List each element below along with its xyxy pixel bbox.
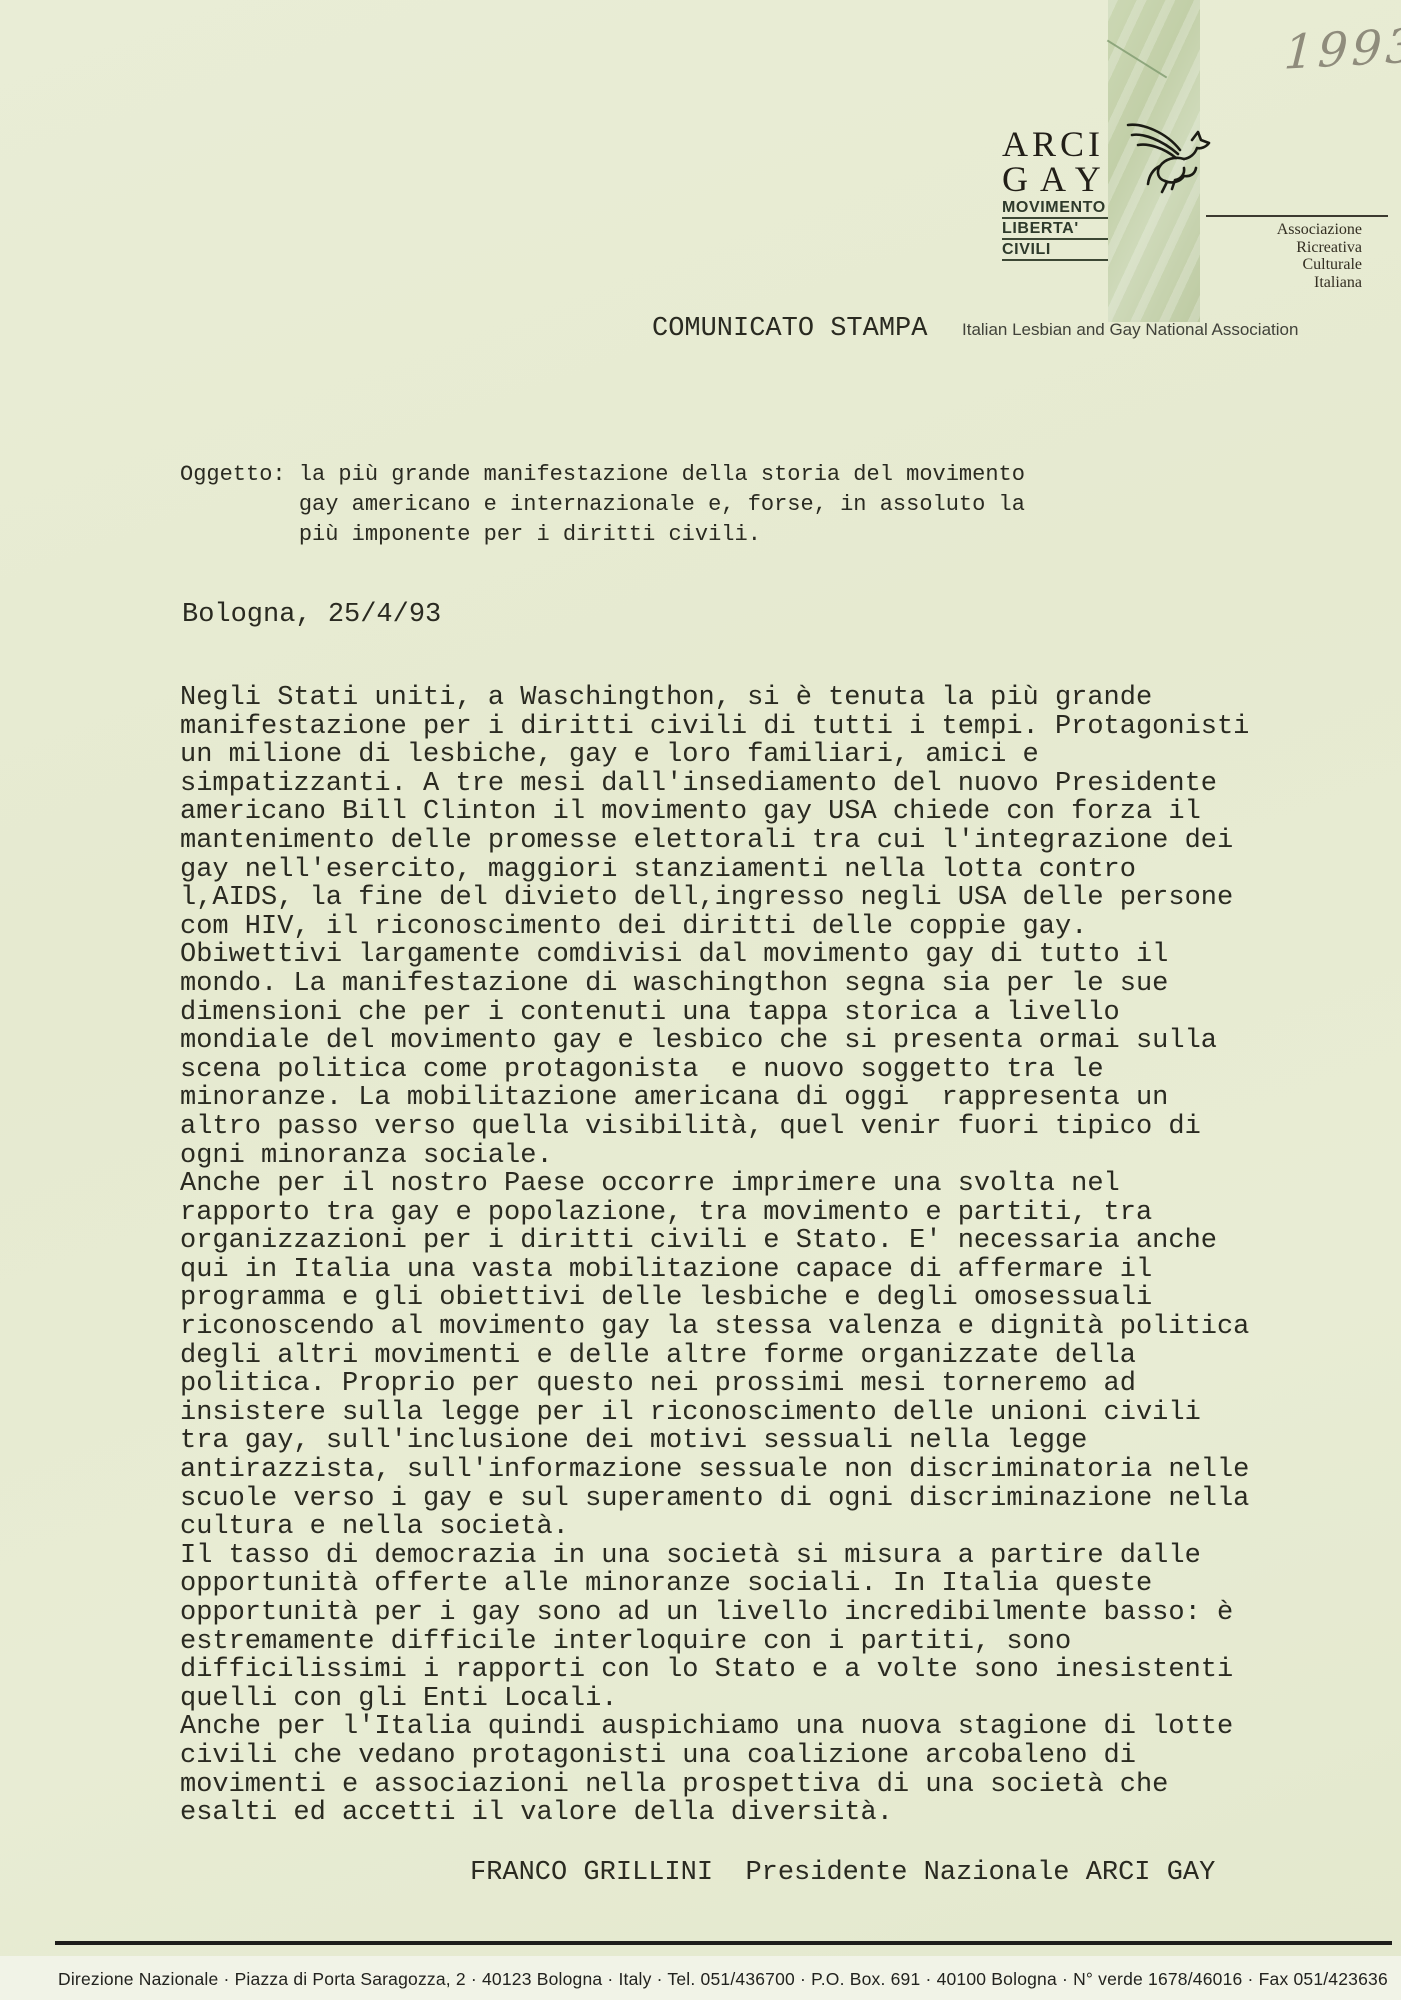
association-name-line: Associazione (1206, 221, 1362, 239)
body-line: Il tasso di democrazia in una società si… (180, 1542, 1249, 1571)
body-line: l,AIDS, la fine del divieto dell,ingress… (180, 884, 1249, 913)
body-line: gay nell'esercito, maggiori stanziamenti… (180, 856, 1249, 885)
logo-word-gay: GAY (1002, 161, 1113, 197)
body-line: Anche per l'Italia quindi auspichiamo un… (180, 1713, 1249, 1742)
subject-block: Oggetto: la più grande manifestazione de… (180, 460, 1025, 550)
body-line: Anche per il nostro Paese occorre imprim… (180, 1170, 1249, 1199)
body-line: scuole verso i gay e sul superamento di … (180, 1485, 1249, 1514)
association-name-block: AssociazioneRicreativaCulturaleItaliana (1206, 221, 1362, 291)
body-line: tra gay, sull'inclusione dei motivi sess… (180, 1427, 1249, 1456)
body-line: organizzazioni per i diritti civili e St… (180, 1227, 1249, 1256)
body-line: manifestazione per i diritti civili di t… (180, 713, 1249, 742)
association-name-line: Culturale (1206, 256, 1362, 274)
body-line: Obiwettivi largamente comdivisi dal movi… (180, 941, 1249, 970)
body-line: politica. Proprio per questo nei prossim… (180, 1370, 1249, 1399)
subject-line: Oggetto: la più grande manifestazione de… (180, 460, 1025, 490)
body-line: minoranze. La mobilitazione americana di… (180, 1084, 1249, 1113)
body-line: programma e gli obiettivi delle lesbiche… (180, 1284, 1249, 1313)
body-line: opportunità offerte alle minoranze socia… (180, 1570, 1249, 1599)
body-line: altro passo verso quella visibilità, que… (180, 1113, 1249, 1142)
body-line: degli altri movimenti e delle altre form… (180, 1342, 1249, 1371)
association-divider-rule (1206, 215, 1388, 217)
signature-line: FRANCO GRILLINI Presidente Nazionale ARC… (470, 1858, 1215, 1888)
body-line: cultura e nella società. (180, 1513, 1249, 1542)
body-line: riconoscendo al movimento gay la stessa … (180, 1313, 1249, 1342)
band-scratch-mark (1107, 40, 1167, 79)
subject-line: più imponente per i diritti civili. (180, 520, 1025, 550)
press-release-title: COMUNICATO STAMPA (652, 314, 927, 344)
association-subtitle-english: Italian Lesbian and Gay National Associa… (962, 320, 1298, 340)
body-line: mondiale del movimento gay e lesbico che… (180, 1027, 1249, 1056)
body-line: simpatizzanti. A tre mesi dall'insediame… (180, 770, 1249, 799)
pegasus-icon (1096, 116, 1226, 208)
logo-motto-line: CIVILI (1002, 240, 1108, 261)
body-line: scena politica come protagonista e nuovo… (180, 1056, 1249, 1085)
body-line: com HIV, il riconoscimento dei diritti d… (180, 913, 1249, 942)
footer-rule (55, 1941, 1392, 1945)
body-line: insistere sulla legge per il riconoscime… (180, 1399, 1249, 1428)
body-line: civili che vedano protagonisti una coali… (180, 1742, 1249, 1771)
body-line: movimenti e associazioni nella prospetti… (180, 1771, 1249, 1800)
logo-motto-line: MOVIMENTO (1002, 198, 1108, 219)
body-line: esalti ed accetti il valore della divers… (180, 1799, 1249, 1828)
body-line: estremamente difficile interloquire con … (180, 1628, 1249, 1657)
body-line: rapporto tra gay e popolazione, tra movi… (180, 1199, 1249, 1228)
association-name-line: Ricreativa (1206, 239, 1362, 257)
body-line: antirazzista, sull'informazione sessuale… (180, 1456, 1249, 1485)
body-line: opportunità per i gay sono ad un livello… (180, 1599, 1249, 1628)
body-line: mantenimento delle promesse elettorali t… (180, 827, 1249, 856)
body-line: difficilissimi i rapporti con lo Stato e… (180, 1656, 1249, 1685)
subject-line: gay americano e internazionale e, forse,… (180, 490, 1025, 520)
body-line: qui in Italia una vasta mobilitazione ca… (180, 1256, 1249, 1285)
logo-word-arci: ARCI (1002, 126, 1104, 162)
body-line: mondo. La manifestazione di waschingthon… (180, 970, 1249, 999)
body-line: quelli con gli Enti Locali. (180, 1685, 1249, 1714)
body-text: Negli Stati uniti, a Waschingthon, si è … (180, 684, 1249, 1828)
body-line: Negli Stati uniti, a Waschingthon, si è … (180, 684, 1249, 713)
body-line: americano Bill Clinton il movimento gay … (180, 798, 1249, 827)
association-name-line: Italiana (1206, 274, 1362, 292)
dateline: Bologna, 25/4/93 (182, 600, 441, 630)
logo-motto-list: MOVIMENTOLIBERTA'CIVILI (1002, 198, 1108, 261)
body-line: dimensioni che per i contenuti una tappa… (180, 999, 1249, 1028)
handwritten-year-annotation: 1993 (1283, 18, 1401, 80)
footer-address-line: Direzione Nazionale · Piazza di Porta Sa… (58, 1969, 1388, 1990)
body-line: ogni minoranza sociale. (180, 1142, 1249, 1171)
body-line: un milione di lesbiche, gay e loro famil… (180, 741, 1249, 770)
logo-motto-line: LIBERTA' (1002, 219, 1108, 240)
